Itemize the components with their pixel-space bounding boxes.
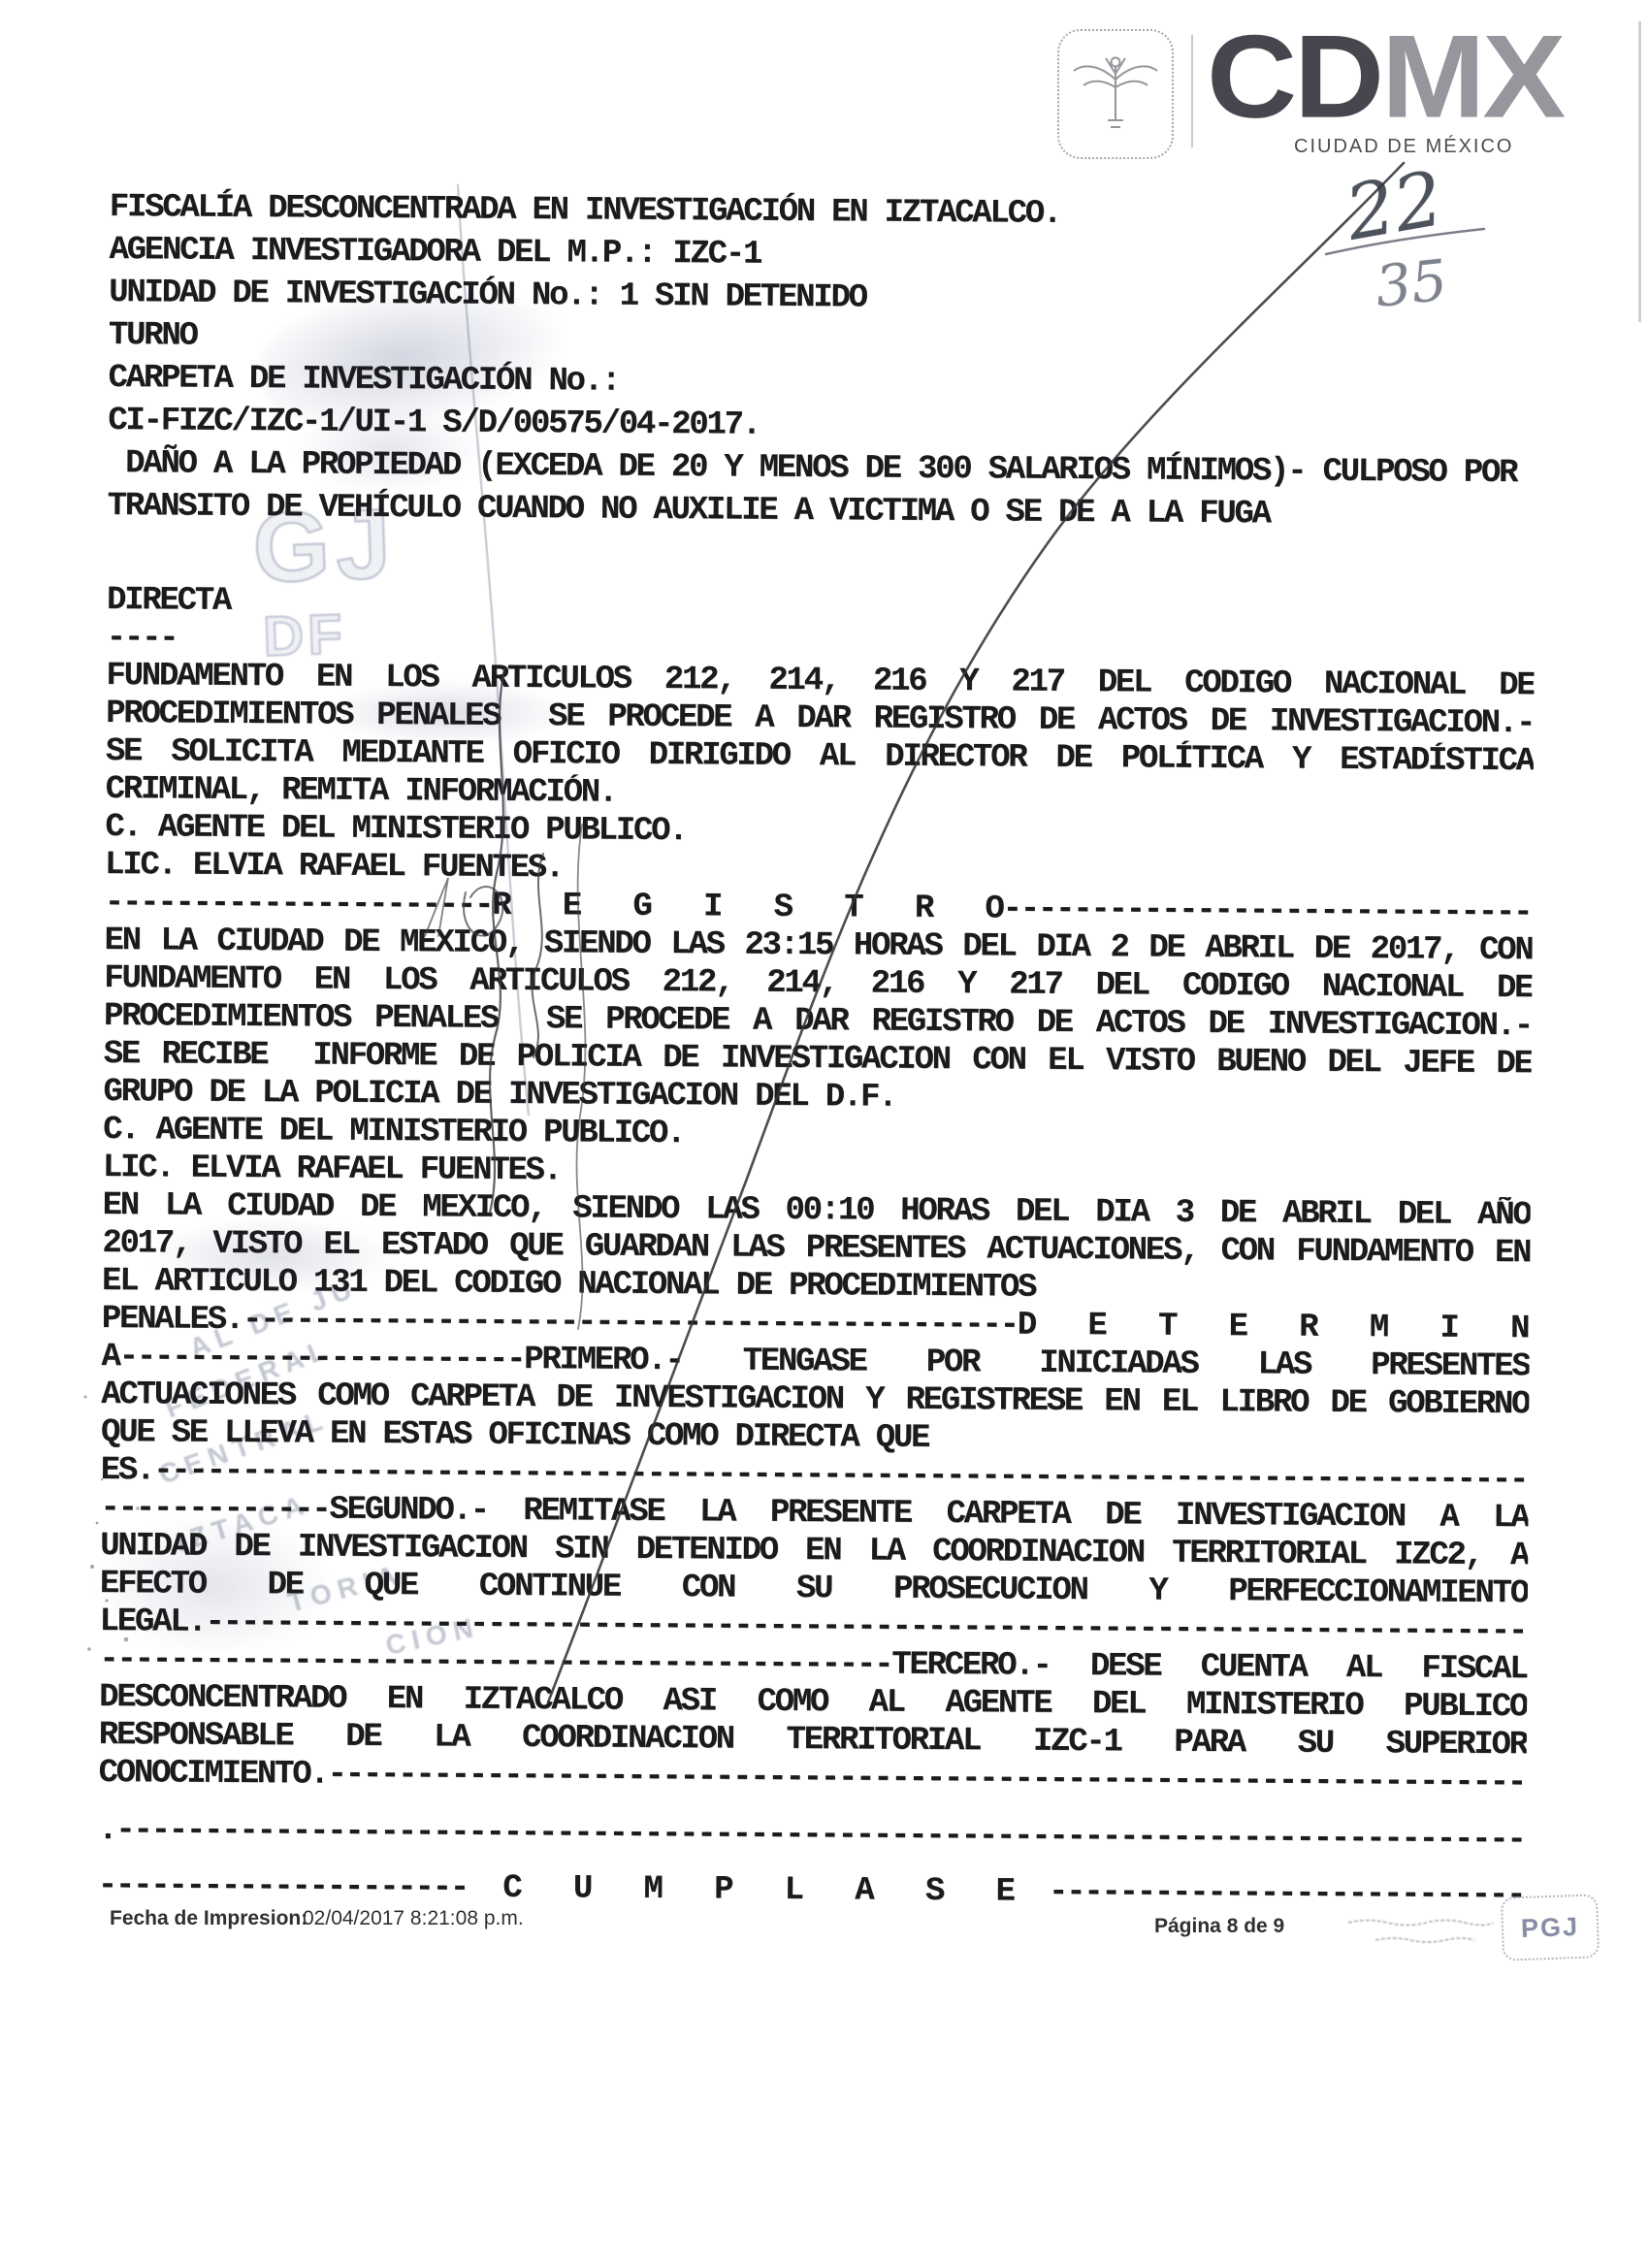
pgj-badge-text: PGJ <box>1520 1911 1579 1943</box>
print-date-label: Fecha de Impresion: <box>110 1907 307 1930</box>
logo-tagline: CIUDAD DE MÉXICO <box>1294 136 1513 158</box>
scanned-document-page: GJ DF AL DE JUFEDERALCENTRALIZTACATORIAC… <box>0 0 1649 2268</box>
logo-divider <box>1191 35 1193 147</box>
scan-edge-artifact <box>1638 21 1641 322</box>
angel-of-independence-icon <box>1059 31 1172 157</box>
angel-emblem-frame <box>1057 29 1174 159</box>
page-number: Página 8 de 9 <box>1154 1915 1284 1938</box>
wordmark-mx: MX <box>1381 12 1563 143</box>
doc-line: .---------------------------------------… <box>98 1812 1526 1860</box>
cdmx-logo: CDMX CIUDAD DE MÉXICO <box>1055 27 1599 163</box>
document-text-block: FISCALÍA DESCONCENTRADA EN INVESTIGACIÓN… <box>98 186 1537 1915</box>
pgj-stamp-badge: PGJ <box>1501 1894 1600 1960</box>
illegible-caption-squiggles <box>1341 1913 1505 1952</box>
wordmark-cd: CD <box>1207 12 1381 143</box>
print-date-value: 02/04/2017 8:21:08 p.m. <box>303 1907 524 1930</box>
page-footer: Fecha de Impresion: 02/04/2017 8:21:08 p… <box>0 1903 1649 1981</box>
cdmx-wordmark: CDMX <box>1207 6 1563 148</box>
